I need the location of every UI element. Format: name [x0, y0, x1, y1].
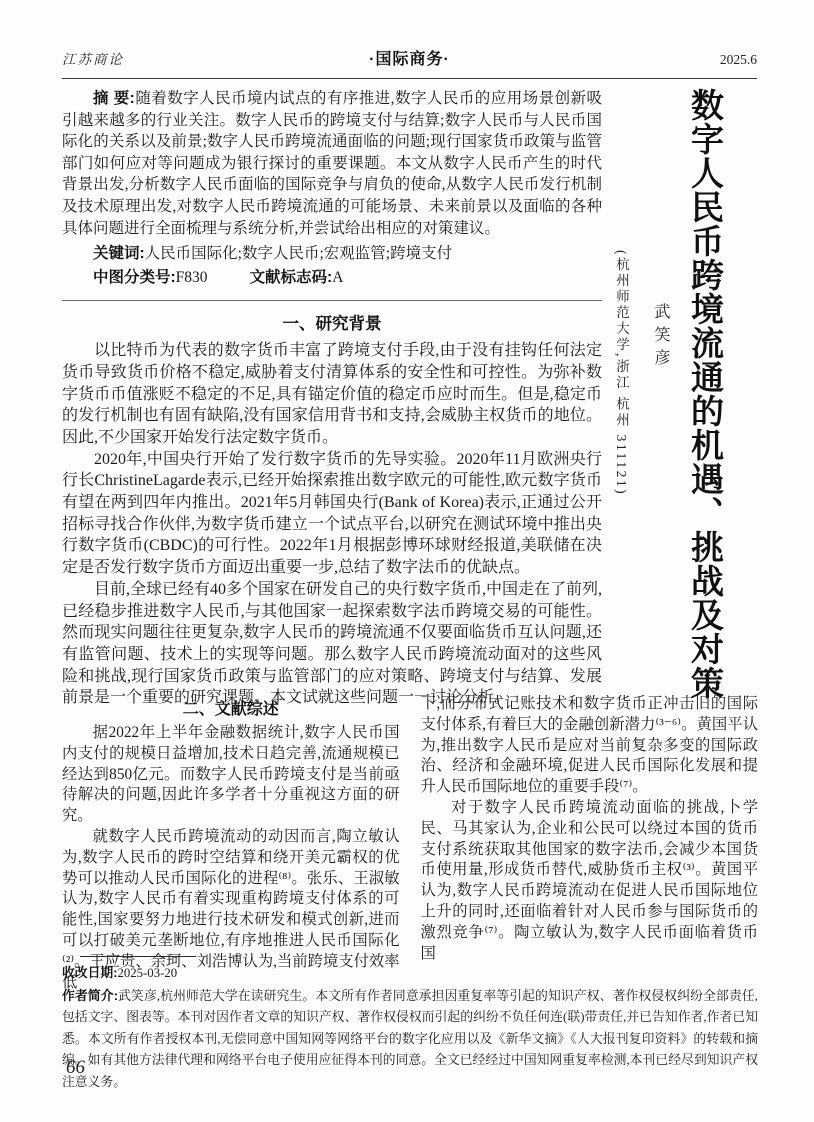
- left-column: 二、文献综述 据2022年上半年金融数据统计,数字人民币国内支付的规模日益增加,…: [62, 694, 400, 993]
- abstract-paragraph: 摘 要:随着数字人民币境内试点的有序推进,数字人民币的应用场景创新吸引越来越多的…: [62, 88, 602, 239]
- section-2-paragraph: 据2022年上半年金融数据统计,数字人民币国内支付的规模日益增加,技术日趋完善,…: [62, 723, 400, 827]
- classification-line: 中图分类号:F830文献标志码:A: [62, 266, 602, 290]
- received-date-line: 收改日期:2025-03-20: [62, 962, 758, 985]
- article-affiliation: (杭州师范大学,浙江 杭州 311121): [611, 250, 631, 500]
- right-column: 下,而分布式记账技术和数字货币正冲击旧的国际支付体系,有着巨大的金融创新潜力⁽³…: [421, 694, 759, 993]
- doc-code-value: A: [332, 269, 343, 286]
- keywords-line: 关键词:人民币国际化;数字人民币;宏观监管;跨境支付: [62, 242, 602, 266]
- clc-label: 中图分类号:: [93, 269, 176, 286]
- received-date-value: 2025-03-20: [117, 966, 177, 980]
- paper-page: 江苏商论 ·国际商务· 2025.6 数字人民币跨境流通的机遇、挑战及对策 武笑…: [0, 0, 814, 1122]
- two-column-section: 二、文献综述 据2022年上半年金融数据统计,数字人民币国内支付的规模日益增加,…: [62, 694, 758, 993]
- received-date-label: 收改日期:: [62, 965, 117, 980]
- article-meta: 摘 要:随着数字人民币境内试点的有序推进,数字人民币的应用场景创新吸引越来越多的…: [62, 88, 602, 290]
- footnote-block: 收改日期:2025-03-20 作者简介:武笑彦,杭州师范大学在读研究生。本文所…: [62, 956, 758, 1093]
- footnote-divider: [80, 956, 196, 957]
- section-1-paragraph: 目前,全球已经有40多个国家在研发自己的央行数字货币,中国走在了前列,已经稳步推…: [62, 579, 602, 709]
- section-1-paragraph: 2020年,中国央行开始了发行数字货币的先导实验。2020年11月欧洲央行行长C…: [62, 449, 602, 579]
- page-number: 66: [66, 1057, 85, 1079]
- author-bio-text: 武笑彦,杭州师范大学在读研究生。本文所有作者同意承担因重复率等引起的知识产权、著…: [62, 989, 758, 1089]
- author-bio-label: 作者简介:: [62, 988, 118, 1003]
- journal-header: 江苏商论 ·国际商务· 2025.6: [62, 46, 757, 79]
- section-2-paragraph: 对于数字人民币跨境流动面临的挑战,卜学民、马其家认为,企业和公民可以绕过本国的货…: [421, 798, 759, 964]
- abstract-text: 随着数字人民币境内试点的有序推进,数字人民币的应用场景创新吸引越来越多的行业关注…: [62, 90, 602, 237]
- front-matter-column: 摘 要:随着数字人民币境内试点的有序推进,数字人民币的应用场景创新吸引越来越多的…: [62, 88, 602, 709]
- article-author: 武笑彦: [649, 303, 672, 423]
- journal-issue: 2025.6: [607, 52, 757, 68]
- section-2-heading: 二、文献综述: [62, 696, 400, 719]
- author-bio-line: 作者简介:武笑彦,杭州师范大学在读研究生。本文所有作者同意承担因重复率等引起的知…: [62, 985, 758, 1094]
- clc-value: F830: [176, 269, 208, 286]
- meta-divider: [62, 300, 602, 301]
- section-1-paragraph: 以比特币为代表的数字货币丰富了跨境支付手段,由于没有挂钩任何法定货币导致货币价格…: [62, 340, 602, 449]
- keywords-text: 人民币国际化;数字人民币;宏观监管;跨境支付: [145, 245, 452, 262]
- section-2-paragraph-continuation: 下,而分布式记账技术和数字货币正冲击旧的国际支付体系,有着巨大的金融创新潜力⁽³…: [421, 694, 759, 798]
- abstract-label: 摘 要:: [93, 90, 135, 107]
- section-1-heading: 一、研究背景: [62, 310, 602, 334]
- journal-name: 江苏商论: [62, 48, 212, 68]
- doc-code-label: 文献标志码:: [250, 269, 333, 286]
- article-title-vertical: 数字人民币跨境流通的机遇、挑战及对策: [681, 88, 728, 713]
- journal-section-title: ·国际商务·: [212, 46, 607, 69]
- keywords-label: 关键词:: [93, 245, 145, 262]
